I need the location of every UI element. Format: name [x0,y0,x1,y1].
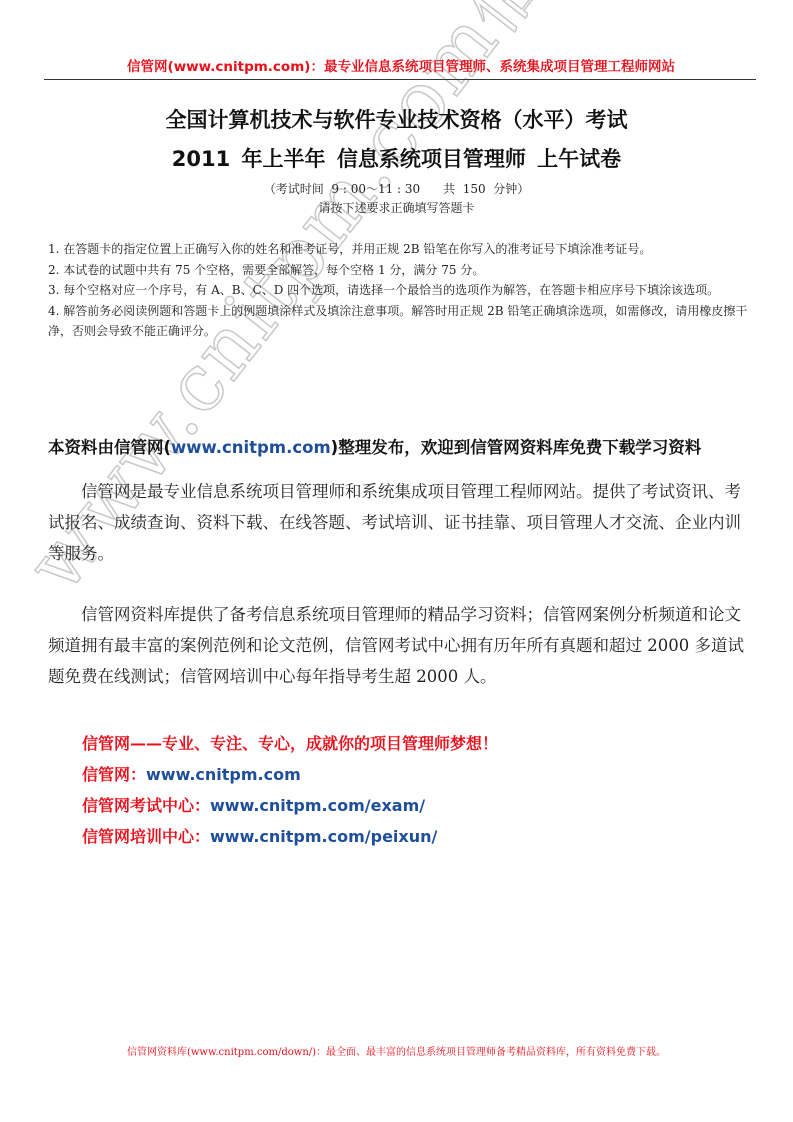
instruction-item: 3. 每个空格对应一个序号，有 A、B、C、D 四个选项，请选择一个最恰当的选项… [48,280,758,301]
intro-heading-link[interactable]: www.cnitpm.com [171,438,331,457]
exam-subtitle: 2011 年上半年 信息系统项目管理师 上午试卷 [0,143,793,173]
page-footer: 信管网资料库(www.cnitpm.com/down/)：最全面、最丰富的信息系… [0,1043,793,1058]
intro-paragraph-1: 信管网是最专业信息系统项目管理师和系统集成项目管理工程师网站。提供了考试资讯、考… [48,476,748,569]
links-block: 信管网——专业、专注、专心，成就你的项目管理师梦想！ 信管网：www.cnitp… [82,728,498,852]
link-label: 信管网： [82,765,146,784]
link-row-home: 信管网：www.cnitpm.com [82,759,498,790]
intro-paragraph-2: 信管网资料库提供了备考信息系统项目管理师的精品学习资料；信管网案例分析频道和论文… [48,599,748,692]
intro-heading-prefix: 本资料由信管网( [48,438,171,457]
exam-time: （考试时间 9 : 00～11 : 30 共 150 分钟） [0,180,793,197]
instruction-item: 4. 解答前务必阅读例题和答题卡上的例题填涂样式及填涂注意事项。解答时用正规 2… [48,301,758,342]
link-row-exam: 信管网考试中心：www.cnitpm.com/exam/ [82,790,498,821]
answer-sheet-notice: 请按下述要求正确填写答题卡 [0,199,793,216]
header-divider [44,79,756,80]
instruction-item: 2. 本试卷的试题中共有 75 个空格，需要全部解答，每个空格 1 分，满分 7… [48,260,758,281]
link-home[interactable]: www.cnitpm.com [146,765,301,784]
exam-title: 全国计算机技术与软件专业技术资格（水平）考试 [0,104,793,134]
link-training[interactable]: www.cnitpm.com/peixun/ [210,827,437,846]
intro-heading-suffix: )整理发布，欢迎到信管网资料库免费下载学习资料 [331,438,702,457]
link-label: 信管网考试中心： [82,796,210,815]
link-row-training: 信管网培训中心：www.cnitpm.com/peixun/ [82,821,498,852]
link-exam[interactable]: www.cnitpm.com/exam/ [210,796,425,815]
link-label: 信管网培训中心： [82,827,210,846]
page-header-banner: 信管网(www.cnitpm.com)：最专业信息系统项目管理师、系统集成项目管… [44,55,758,75]
instructions-list: 1. 在答题卡的指定位置上正确写入你的姓名和准考证号，并用正规 2B 铅笔在你写… [48,239,758,342]
instruction-item: 1. 在答题卡的指定位置上正确写入你的姓名和准考证号，并用正规 2B 铅笔在你写… [48,239,758,260]
slogan: 信管网——专业、专注、专心，成就你的项目管理师梦想！ [82,728,498,759]
intro-heading: 本资料由信管网(www.cnitpm.com)整理发布，欢迎到信管网资料库免费下… [48,434,768,458]
